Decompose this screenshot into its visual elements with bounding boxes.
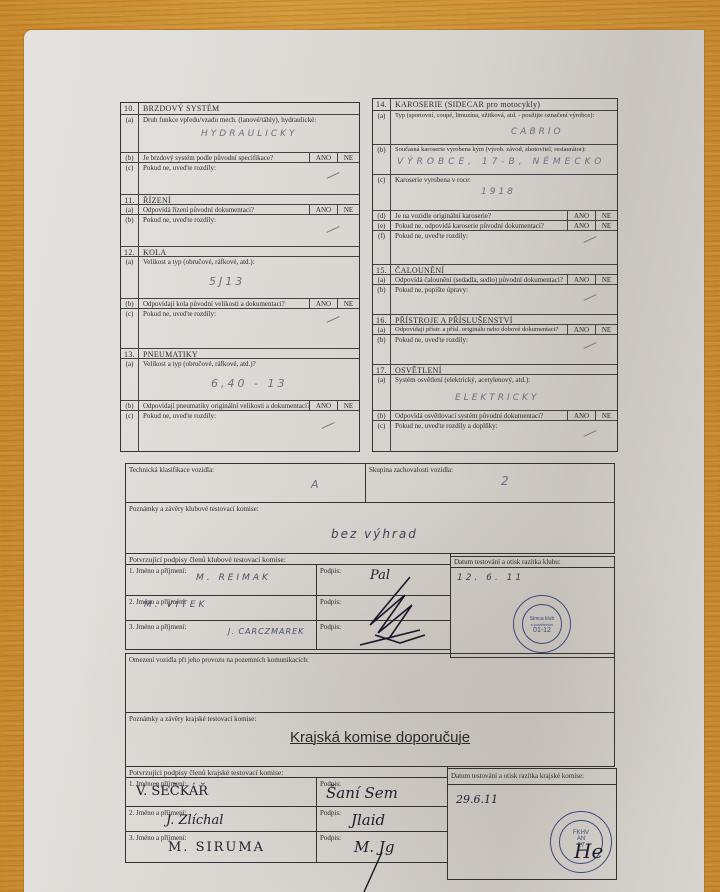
s10-a-row: (a) Druh funkce vpředu/vzadu mech. (lano… — [121, 115, 359, 153]
regional-row-1: 1. Jméno a příjmení: V. ŠEČKÁŘ Podpis: Š… — [125, 777, 448, 807]
club-member-2-name[interactable]: M. VÍTEK — [144, 600, 207, 610]
s17-c-row: (c) Pokud ne, uveďte rozdíly a doplňky: — [373, 421, 617, 452]
section-14-header: 14. KAROSERIE (SIDECAR pro motocykly) — [373, 99, 617, 111]
s12-c-row: (c) Pokud ne, uveďte rozdíly: — [121, 309, 359, 349]
section-13-header: 13. PNEUMATIKY — [121, 349, 359, 359]
regional-test-date[interactable]: 29.6.11 — [456, 793, 498, 806]
s17-b-row: (b) Odpovídá osvětlovací systém původní … — [373, 411, 617, 421]
s15-b-row: (b) Pokud ne, popište úpravy: — [373, 285, 617, 315]
s10-a-value[interactable]: HYDRAULICKY — [201, 129, 298, 139]
s14-d-row: (d) Je na vozidle originální karoserie? … — [373, 211, 617, 221]
dash-mark — [583, 294, 596, 301]
section-16-header: 16. PŘÍSTROJE A PŘÍSLUŠENSTVÍ — [373, 315, 617, 325]
s10-b-row: (b) Je brzdový systém podle původní spec… — [121, 153, 359, 163]
club-notes-value[interactable]: bez výhrad — [331, 527, 418, 541]
s12-b-row: (b) Odpovídají kola původní velikosti a … — [121, 299, 359, 309]
s12-a-value[interactable]: 5J13 — [209, 275, 245, 288]
s12-yes-option[interactable]: ANO — [309, 299, 337, 308]
s11-no-option[interactable]: NE — [337, 205, 359, 214]
s16-a-row: (a) Odpovídají přístr. a přísl. originál… — [373, 325, 617, 335]
s14d-yes-option[interactable]: ANO — [567, 211, 595, 220]
regional-member-2-name[interactable]: J. Zlíchal — [166, 813, 223, 828]
s13-no-option[interactable]: NE — [337, 401, 359, 410]
club-signature-scribble — [350, 575, 440, 650]
section-11-header: 11. ŘÍZENÍ — [121, 195, 359, 205]
road-restriction-field: Omezení vozidla při jeho provozu na poze… — [125, 653, 615, 713]
s12-a-row: (a) Velikost a typ (obručové, ráfkové, a… — [121, 257, 359, 299]
section-10-header: 10. BRZDOVÝ SYSTÉM — [121, 103, 359, 115]
s14d-no-option[interactable]: NE — [595, 211, 617, 220]
dash-mark — [326, 226, 339, 233]
signature-tail-stroke — [360, 850, 390, 892]
section-17-header: 17. OSVĚTLENÍ — [373, 365, 617, 375]
s11-yes-option[interactable]: ANO — [309, 205, 337, 214]
s14-a-value[interactable]: CABRIO — [511, 127, 564, 137]
regional-member-2-signature[interactable]: Jlaid — [351, 811, 385, 829]
s15-a-row: (a) Odpovídá čalounění (sedadla, sedlo) … — [373, 275, 617, 285]
s14-b-value[interactable]: VÝROBCE, 17-B, NĚMECKO — [397, 157, 605, 167]
s14-c-value[interactable]: 1918 — [481, 187, 516, 197]
s11-a-row: (a) Odpovídá řízení původní dokumentaci?… — [121, 205, 359, 215]
section-15-header: 15. ČALOUNĚNÍ — [373, 265, 617, 275]
s13-yes-option[interactable]: ANO — [309, 401, 337, 410]
left-form-column: 10. BRZDOVÝ SYSTÉM (a) Druh funkce vpřed… — [120, 102, 360, 452]
regional-stamp-signature: He — [574, 839, 603, 863]
s15-yes-option[interactable]: ANO — [567, 275, 595, 284]
regional-date-stamp-field: Datum testování a otisk razítka krajské … — [447, 768, 617, 880]
section-12-header: 12. KOLA — [121, 247, 359, 257]
preservation-group-field: Skupina zachovalosti vozidla: 2 — [365, 463, 615, 503]
s15-no-option[interactable]: NE — [595, 275, 617, 284]
regional-member-1-signature[interactable]: Šaní Sem — [326, 784, 398, 802]
s10-c-row: (c) Pokud ne, uveďte rozdíly: — [121, 163, 359, 195]
s14-f-row: (f) Pokud ne, uveďte rozdíly: — [373, 231, 617, 265]
s13-b-row: (b) Odpovídají pneumatiky originální vel… — [121, 401, 359, 411]
s13-c-row: (c) Pokud ne, uveďte rozdíly: — [121, 411, 359, 452]
regional-row-3: 3. Jméno a příjmení: M. SIRUMA Podpis: M… — [125, 831, 448, 863]
s16-b-row: (b) Pokud ne, uveďte rozdíly: — [373, 335, 617, 365]
club-notes-field: Poznámky a závěry klubové testovací komi… — [125, 502, 615, 554]
regional-row-2: 2. Jméno a příjmení: J. Zlíchal Podpis: … — [125, 806, 448, 832]
technical-classification-field: Technická klasifikace vozidla: A — [125, 463, 366, 503]
s12-no-option[interactable]: NE — [337, 299, 359, 308]
s11-b-row: (b) Pokud ne, uveďte rozdíly: — [121, 215, 359, 247]
dash-mark — [326, 316, 339, 323]
s16-no-option[interactable]: NE — [595, 325, 617, 334]
dash-mark — [326, 172, 339, 179]
club-test-date[interactable]: 12. 6. 11 — [457, 573, 524, 583]
s14-e-row: (e) Pokud ne, odpovídá karoserie původní… — [373, 221, 617, 231]
s17-yes-option[interactable]: ANO — [567, 411, 595, 420]
s17-no-option[interactable]: NE — [595, 411, 617, 420]
regional-member-3-name[interactable]: M. SIRUMA — [168, 840, 265, 855]
s17-a-value[interactable]: ELEKTRICKY — [455, 393, 539, 403]
regional-notes-value[interactable]: Krajská komise doporučuje — [290, 729, 470, 746]
club-member-1-name[interactable]: M. REIMAK — [196, 573, 271, 583]
s14e-yes-option[interactable]: ANO — [567, 221, 595, 230]
s16-yes-option[interactable]: ANO — [567, 325, 595, 334]
s14-b-row: (b) Současná karoserie vyrobena kým (výr… — [373, 145, 617, 175]
regional-member-1-name[interactable]: V. ŠEČKÁŘ — [136, 784, 208, 799]
right-form-column: 14. KAROSERIE (SIDECAR pro motocykly) (a… — [372, 98, 618, 452]
s14-a-row: (a) Typ (sportovní, coupé, limuzína, uži… — [373, 111, 617, 145]
s14-c-row: (c) Karoserie vyrobena v roce: 1918 — [373, 175, 617, 211]
dash-mark — [321, 422, 334, 429]
dash-mark — [583, 430, 596, 437]
s13-a-value[interactable]: 6,40 - 13 — [211, 377, 287, 390]
s14e-no-option[interactable]: NE — [595, 221, 617, 230]
s10-yes-option[interactable]: ANO — [309, 153, 337, 162]
s17-a-row: (a) Systém osvětlení (elektrický, acetyl… — [373, 375, 617, 411]
s10-no-option[interactable]: NE — [337, 153, 359, 162]
regional-notes-field: Poznámky a závěry krajské testovací komi… — [125, 712, 615, 767]
dash-mark — [583, 342, 596, 349]
preservation-group-value[interactable]: 2 — [501, 474, 512, 488]
club-member-3-name[interactable]: J. CARCZMAREK — [228, 627, 304, 636]
s13-a-row: (a) Velikost a typ (obručové, ráfkové, a… — [121, 359, 359, 401]
dash-mark — [583, 236, 596, 243]
club-stamp: Simca klub s pověřením 01-12 — [513, 595, 571, 653]
club-date-stamp-field: Datum testování a otisk razítka klubu: 1… — [450, 556, 615, 658]
technical-classification-value[interactable]: A — [311, 478, 322, 491]
